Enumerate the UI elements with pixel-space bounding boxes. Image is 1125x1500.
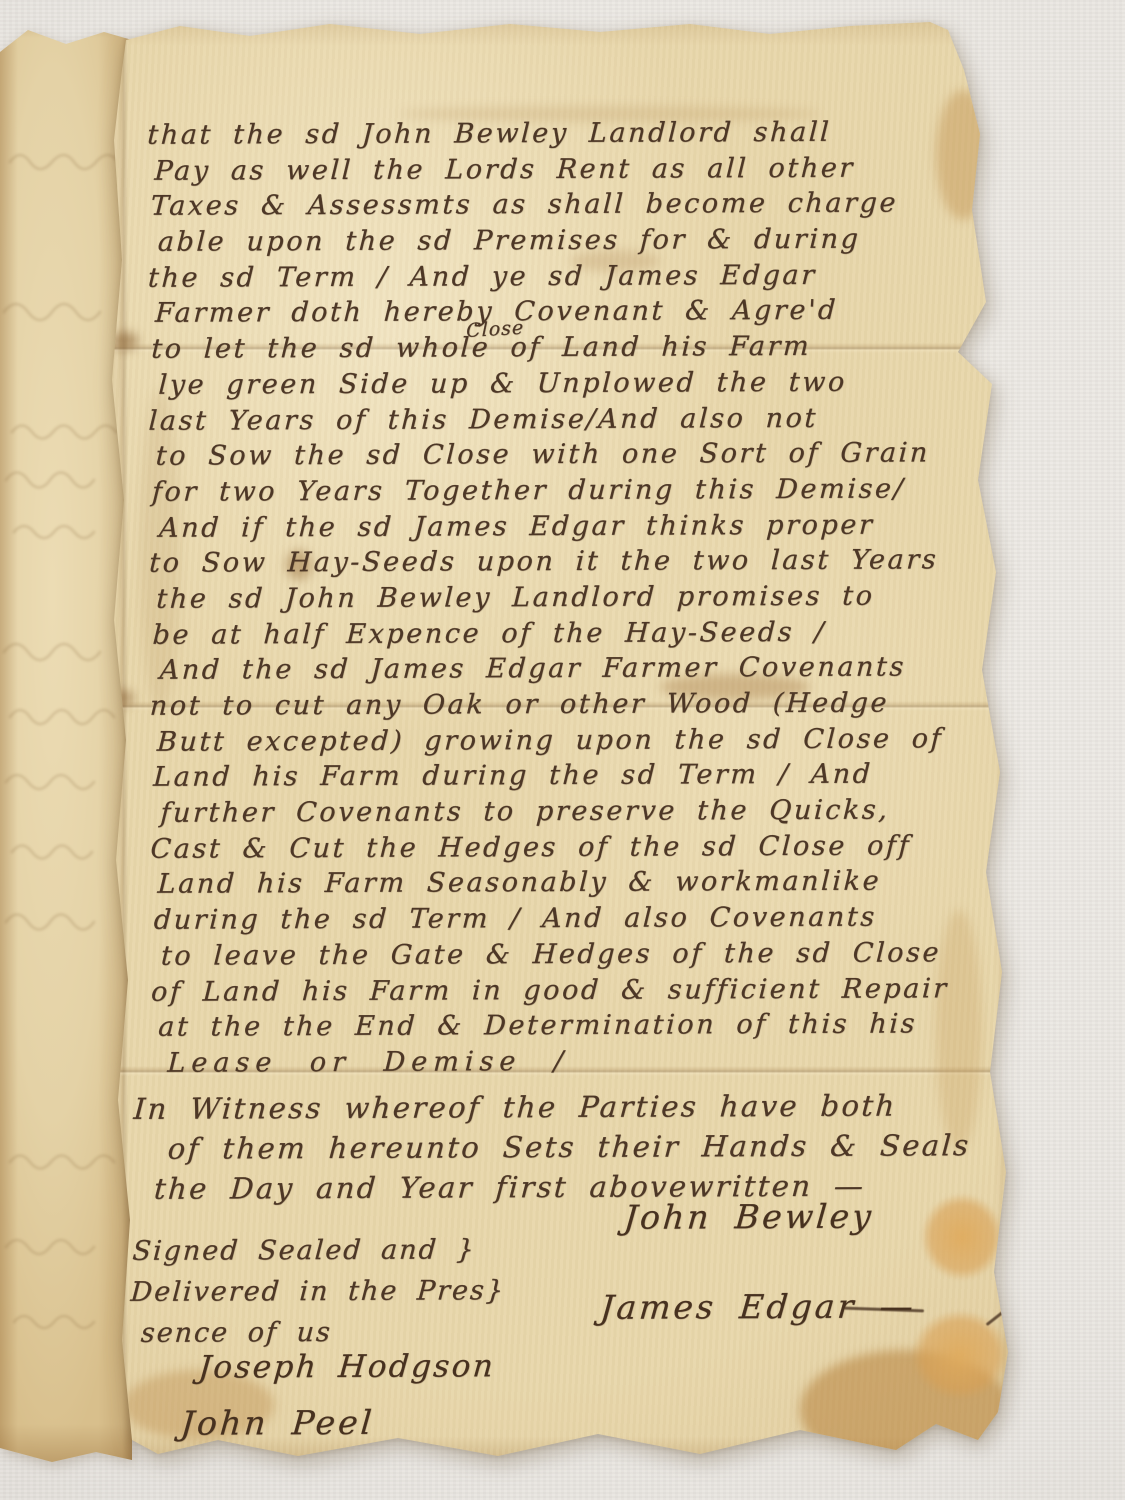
witness-signature-john-peel: John Peel — [179, 1403, 376, 1443]
manuscript-photograph: that the sd John Bewley Landlord shallPa… — [0, 0, 1125, 1500]
manuscript-line: In Witness whereof the Parties have both — [132, 1088, 971, 1132]
manuscript-line: at the the End & Determination of this h… — [157, 1008, 1020, 1047]
manuscript-line: the sd Term / And ye sd James Edgar — [147, 259, 1017, 298]
manuscript-line: the sd John Bewley Landlord promises to — [155, 580, 1018, 619]
manuscript-line: Taxes & Assessmts as shall become charge — [150, 187, 1017, 226]
manuscript-line: lye green Side up & Unplowed the two — [158, 366, 1018, 405]
manuscript-line: able upon the sd Premises for & during — [157, 223, 1017, 262]
manuscript-line: to leave the Gate & Hedges of the sd Clo… — [160, 937, 1020, 976]
manuscript-line: further Covenants to preserve the Quicks… — [159, 794, 1019, 833]
manuscript-line: Cast & Cut the Hedges of the sd Close of… — [150, 830, 1020, 869]
inserted-word: Close — [466, 317, 524, 342]
manuscript-line: during the sd Term / And also Covenants — [153, 901, 1020, 940]
manuscript-line: Delivered in the Pres} — [129, 1275, 506, 1318]
manuscript-line: that the sd John Bewley Landlord shall — [146, 116, 1016, 155]
manuscript-line: to let the sd whole of Land his Farm — [150, 330, 1017, 369]
manuscript-line: to Sow the sd Close with one Sort of Gra… — [155, 437, 1018, 476]
witness-signature-joseph-hodgson: Joseph Hodgson — [197, 1348, 497, 1385]
party-signature-john-bewley: John Bewley — [622, 1197, 875, 1237]
manuscript-line: Farmer doth hereby Covenant & Agre'd — [154, 294, 1017, 333]
manuscript-line: be at half Expence of the Hay-Seeds / — [152, 616, 1019, 655]
manuscript-line: for two Years Together during this Demis… — [151, 473, 1018, 512]
manuscript-line: Land his Farm during the sd Term / And — [152, 758, 1019, 797]
witness-clause: In Witness whereof the Parties have both… — [133, 1088, 970, 1212]
manuscript-line: last Years of this Demise/And also not — [148, 402, 1018, 441]
manuscript-line: to Sow Hay-Seeds upon it the two last Ye… — [148, 544, 1018, 583]
manuscript-line: Land his Farm Seasonably & workmanlike — [157, 865, 1020, 904]
manuscript-line: Butt excepted) growing upon the sd Close… — [156, 723, 1019, 762]
manuscript-line: Pay as well the Lords Rent as all other — [154, 152, 1017, 191]
manuscript-body: that the sd John Bewley Landlord shallPa… — [147, 116, 1019, 1083]
manuscript-line: not to cut any Oak or other Wood (Hedge — [149, 687, 1019, 726]
attestation-clause: Signed Sealed and }Delivered in the Pres… — [132, 1234, 505, 1359]
manuscript-line: of them hereunto Sets their Hands & Seal… — [166, 1128, 971, 1172]
manuscript-line: Lease or Demise / — [167, 1044, 1021, 1083]
manuscript-line: And if the sd James Edgar thinks proper — [158, 509, 1018, 548]
manuscript-line: of Land his Farm in good & sufficient Re… — [150, 973, 1020, 1012]
manuscript-line: And the sd James Edgar Farmer Covenants — [159, 651, 1019, 690]
manuscript-line: Signed Sealed and } — [131, 1234, 506, 1277]
handwriting-layer: that the sd John Bewley Landlord shallPa… — [0, 0, 1125, 1500]
party-signature-james-edgar: James Edgar — — [599, 1286, 918, 1326]
